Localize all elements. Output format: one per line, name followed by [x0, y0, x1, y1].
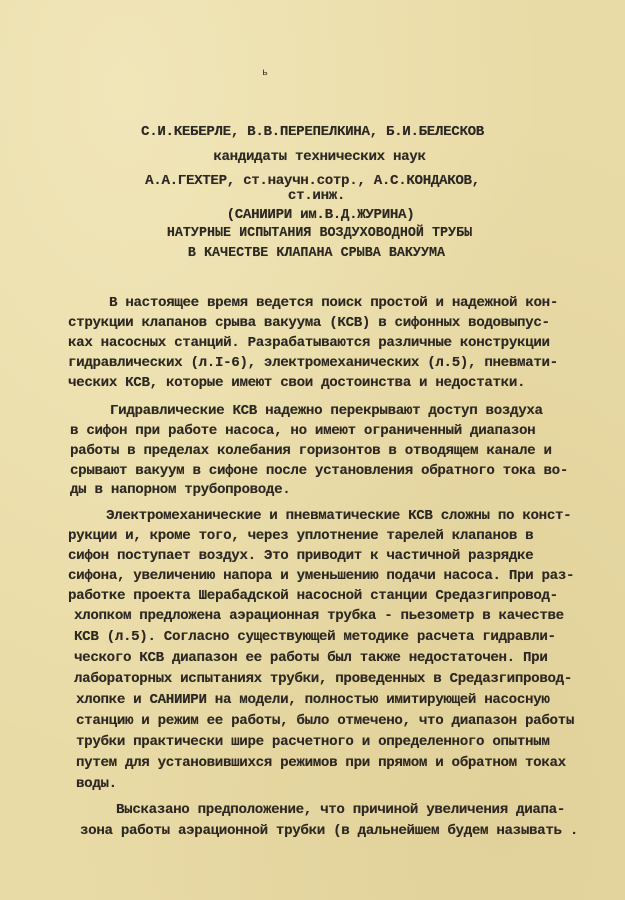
authors-line-4: ст.инж. [0, 187, 625, 205]
document-title-line-2: В КАЧЕСТВЕ КЛАПАНА СРЫВА ВАКУУМА [0, 245, 625, 263]
paragraph-4-line-2: зона работы аэрационной трубки (в дальне… [80, 822, 578, 840]
paragraph-3-line-14: воды. [76, 775, 117, 793]
paragraph-3-line-12: трубки практически шире расчетного и опр… [76, 733, 550, 751]
paragraph-2-line-1: Гидравлические КСВ надежно перекрывают д… [110, 402, 543, 420]
affiliation-line: (САНИИРИ им.В.Д.ЖУРИНА) [0, 206, 625, 224]
paragraph-3-line-2: рукции и, кроме того, через уплотнение т… [68, 527, 533, 545]
paragraph-3-line-5: работке проекта Шерабадской насосной ста… [68, 587, 558, 605]
paragraph-2-line-3: работы в пределах колебания горизонтов в… [70, 442, 552, 460]
paragraph-3-line-1: Электромеханические и пневматические КСВ… [106, 507, 571, 525]
paragraph-3-line-6: хлопком предложена аэрационная трубка - … [74, 607, 564, 625]
paragraph-2-line-4: срывают вакуум в сифоне после установлен… [70, 462, 568, 480]
paragraph-3-line-10: хлопке и САНИИРИ на модели, полностью им… [76, 691, 550, 709]
document-title-line-1: НАТУРНЫЕ ИСПЫТАНИЯ ВОЗДУХОВОДНОЙ ТРУБЫ [0, 225, 625, 243]
paragraph-1-line-5: ческих КСВ, которые имеют свои достоинст… [68, 374, 525, 392]
authors-line-2: кандидаты технических наук [0, 148, 625, 166]
paragraph-1-line-1: В настоящее время ведется поиск простой … [109, 294, 558, 312]
paragraph-3-line-4: сифона, увеличению напора и уменьшению п… [68, 567, 574, 585]
paragraph-1-line-2: струкции клапанов срыва вакуума (КСВ) в … [68, 314, 550, 332]
paragraph-3-line-11: станцию и режим ее работы, было отмечено… [76, 712, 574, 730]
document-page: ь С.И.КЕБЕРЛЕ, В.В.ПЕРЕПЕЛКИНА, Б.И.БЕЛЕ… [0, 0, 625, 900]
paragraph-3-line-8: ческого КСВ диапазон ее работы был также… [74, 649, 548, 667]
paragraph-3-line-13: путем для установившихся режимов при пря… [76, 754, 566, 772]
paragraph-3-line-3: сифон поступает воздух. Это приводит к ч… [68, 547, 533, 565]
paragraph-2-line-5: ды в напорном трубопроводе. [70, 481, 290, 499]
paragraph-4-line-1: Высказано предположение, что причиной ув… [116, 801, 565, 819]
top-mark: ь [262, 68, 268, 79]
paragraph-3-line-7: КСВ (л.5). Согласно существующей методик… [74, 628, 556, 646]
authors-line-1: С.И.КЕБЕРЛЕ, В.В.ПЕРЕПЕЛКИНА, Б.И.БЕЛЕСК… [0, 123, 625, 141]
paragraph-3-line-9: лабораторных испытаниях трубки, проведен… [74, 670, 572, 688]
paragraph-2-line-2: в сифон при работе насоса, но имеют огра… [70, 422, 535, 440]
paragraph-1-line-4: гидравлических (л.I-6), электромеханичес… [68, 354, 558, 372]
paragraph-1-line-3: ках насосных станций. Разрабатываются ра… [68, 334, 550, 352]
